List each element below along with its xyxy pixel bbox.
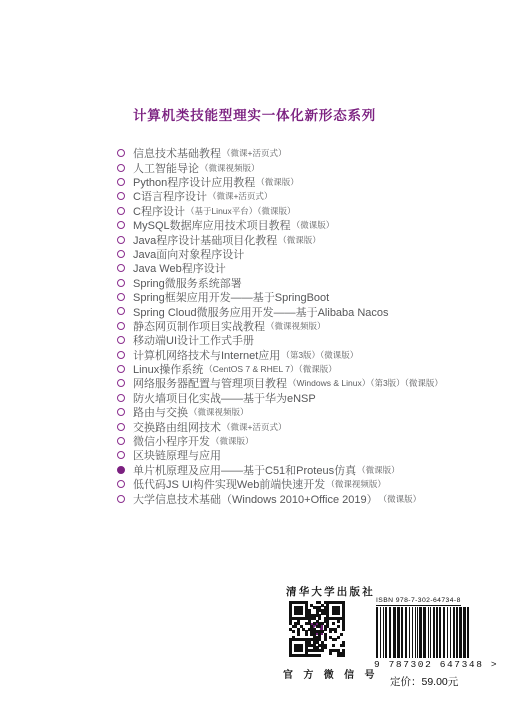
series-title: 计算机类技能型理实一体化新形态系列 (133, 104, 376, 124)
isbn-label: ISBN 978-7-302-64734-8 (376, 597, 461, 606)
bullet-circle-icon (117, 279, 125, 287)
bullet-circle-icon (117, 250, 125, 258)
book-list-item: 信息技术基础教程（微课+活页式） (117, 146, 443, 160)
bullet-circle-icon (117, 351, 125, 359)
bullet-circle-icon (117, 221, 125, 229)
book-list-item: C语言程序设计（微课+活页式） (117, 189, 443, 203)
book-note: （Windows & Linux）（第3版）（微课版） (288, 377, 443, 389)
bullet-circle-icon (117, 164, 125, 172)
book-list-item: Linux操作系统（CentOS 7 & RHEL 7）（微课版） (117, 362, 443, 376)
book-list-item: 交换路由组网技术（微课+活页式） (117, 419, 443, 433)
bullet-circle-icon (117, 178, 125, 186)
book-note: （微课版） (278, 234, 321, 246)
bullet-circle-icon (117, 451, 125, 459)
book-list-item: Java面向对象程序设计 (117, 247, 443, 261)
book-list-item: Spring Cloud微服务应用开发——基于Alibaba Nacos (117, 304, 443, 318)
book-list-item: MySQL数据库应用技术项目教程（微课版） (117, 218, 443, 232)
book-list-item: 单片机原理及应用——基于C51和Proteus仿真（微课版） (117, 463, 443, 477)
book-list: 信息技术基础教程（微课+活页式）人工智能导论（微课视频版）Python程序设计应… (117, 146, 443, 506)
bullet-circle-icon (117, 365, 125, 373)
book-note: （微课+活页式） (222, 421, 286, 433)
book-note: （微课+活页式） (222, 147, 286, 159)
qr-caption: 官 方 微 信 号 (283, 666, 378, 681)
book-list-item: 路由与交换（微课视频版） (117, 405, 443, 419)
bullet-circle-icon (117, 293, 125, 301)
book-list-item: 微信小程序开发（微课版） (117, 434, 443, 448)
bullet-circle-icon (117, 423, 125, 431)
bullet-circle-icon (117, 192, 125, 200)
book-list-item: Spring框架应用开发——基于SpringBoot (117, 290, 443, 304)
book-list-item: 防火墙项目化实战——基于华为eNSP (117, 391, 443, 405)
book-list-item: Spring微服务系统部署 (117, 276, 443, 290)
bullet-circle-icon (117, 394, 125, 402)
book-list-item: Python程序设计应用教程（微课版） (117, 175, 443, 189)
book-note: （微课版） (357, 464, 400, 476)
book-list-item: 静态网页制作项目实战教程（微课视频版） (117, 319, 443, 333)
qr-code (289, 601, 345, 657)
book-list-item: 计算机网络技术与Internet应用（第3版）（微课版） (117, 347, 443, 361)
bullet-circle-icon (117, 149, 125, 157)
book-note: （微课视频版） (326, 478, 386, 490)
book-note: （微课版） (379, 493, 422, 505)
barcode-bars-icon (376, 607, 500, 658)
bullet-circle-icon (117, 236, 125, 244)
bullet-circle-icon (117, 495, 125, 503)
book-title: 大学信息技术基础（Windows 2010+Office 2019） (133, 491, 378, 507)
book-note: （微课+活页式） (208, 190, 272, 202)
barcode-block: ISBN 978-7-302-64734-8 9 787302 647348 >… (374, 589, 500, 689)
book-list-item: 大学信息技术基础（Windows 2010+Office 2019）（微课版） (117, 491, 443, 505)
book-note: （CentOS 7 & RHEL 7）（微课版） (204, 363, 336, 375)
book-list-item: 区块链原理与应用 (117, 448, 443, 462)
price-label: 定价：59.00元 (390, 674, 500, 689)
book-list-item: C程序设计（基于Linux平台）（微课版） (117, 204, 443, 218)
bullet-circle-icon (117, 408, 125, 416)
book-list-item: Java程序设计基础项目化教程（微课版） (117, 232, 443, 246)
book-note: （微课版） (256, 176, 299, 188)
book-note: （微课版） (211, 435, 254, 447)
bullet-circle-icon (117, 336, 125, 344)
book-note: （微课视频版） (266, 320, 326, 332)
bullet-circle-icon (117, 379, 125, 387)
publisher-name: 清华大学出版社 (286, 584, 362, 599)
book-note: （第3版）（微课版） (281, 349, 358, 361)
bullet-circle-icon (117, 322, 125, 330)
book-note: （微课版） (292, 219, 335, 231)
book-list-item: 移动端UI设计工作式手册 (117, 333, 443, 347)
bullet-circle-icon (117, 207, 125, 215)
book-list-item: 低代码JS UI构件实现Web前端快速开发（微课视频版） (117, 477, 443, 491)
book-back-cover: 计算机类技能型理实一体化新形态系列 信息技术基础教程（微课+活页式）人工智能导论… (0, 0, 507, 711)
barcode-number: 9 787302 647348 > (374, 659, 500, 670)
bullet-circle-icon (117, 437, 125, 445)
book-note: （基于Linux平台）（微课版） (186, 205, 296, 217)
book-list-item: 网络服务器配置与管理项目教程（Windows & Linux）（第3版）（微课版… (117, 376, 443, 390)
bullet-circle-icon (117, 307, 125, 315)
bullet-circle-icon (117, 480, 125, 488)
book-note: （微课视频版） (200, 162, 260, 174)
book-list-item: 人工智能导论（微课视频版） (117, 160, 443, 174)
book-list-item: Java Web程序设计 (117, 261, 443, 275)
book-note: （微课视频版） (189, 406, 249, 418)
bullet-filled-icon (117, 466, 125, 474)
bullet-circle-icon (117, 264, 125, 272)
